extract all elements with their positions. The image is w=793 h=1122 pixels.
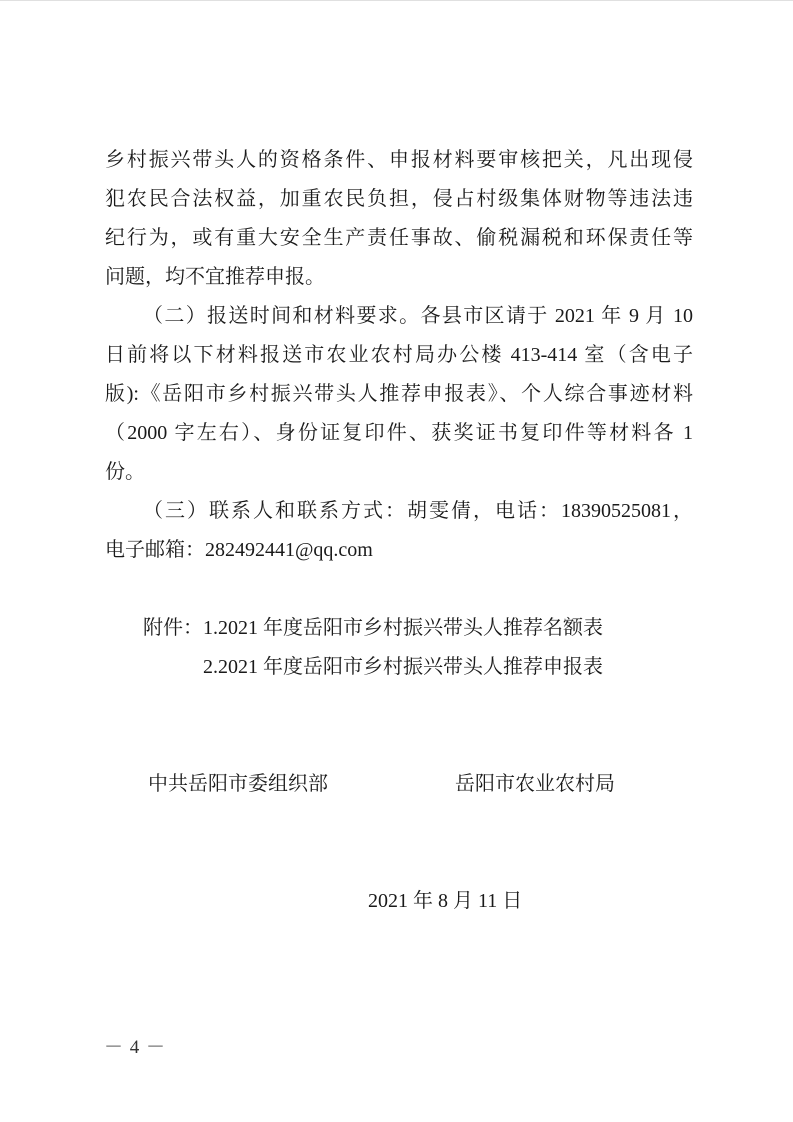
body-line: （二）报送时间和材料要求。各县市区请于 2021 年 9 月 10	[105, 297, 693, 336]
body-line: 电子邮箱：282492441@qq.com	[105, 531, 693, 570]
attachment-line-1: 附件：1.2021 年度岳阳市乡村振兴带头人推荐名额表	[105, 609, 693, 648]
body-line: 问题，均不宜推荐申报。	[105, 258, 693, 297]
body-line: 乡村振兴带头人的资格条件、申报材料要审核把关，凡出现侵	[105, 141, 693, 180]
attachment-line-2: 2.2021 年度岳阳市乡村振兴带头人推荐申报表	[105, 648, 693, 687]
blank-line	[105, 804, 693, 843]
body-line: 纪行为，或有重大安全生产责任事故、偷税漏税和环保责任等	[105, 219, 693, 258]
blank-line	[105, 570, 693, 609]
document-date: 2021 年 8 月 11 日	[105, 882, 693, 921]
body-line: 日前将以下材料报送市农业农村局办公楼 413-414 室（含电子	[105, 336, 693, 375]
body-line: 犯农民合法权益，加重农民负担，侵占村级集体财物等违法违	[105, 180, 693, 219]
body-line: 版):《岳阳市乡村振兴带头人推荐申报表》、个人综合事迹材料	[105, 375, 693, 414]
signature-org-left: 中共岳阳市委组织部	[148, 765, 328, 804]
blank-line	[105, 726, 693, 765]
document-body: 乡村振兴带头人的资格条件、申报材料要审核把关，凡出现侵 犯农民合法权益，加重农民…	[105, 141, 693, 921]
blank-line	[105, 843, 693, 882]
signature-org-right: 岳阳市农业农村局	[455, 765, 615, 804]
document-page: 乡村振兴带头人的资格条件、申报材料要审核把关，凡出现侵 犯农民合法权益，加重农民…	[0, 0, 793, 1122]
blank-line	[105, 687, 693, 726]
signature-row: 中共岳阳市委组织部 岳阳市农业农村局	[105, 765, 693, 804]
body-line: （三）联系人和联系方式：胡雯倩，电话：18390525081，	[105, 492, 693, 531]
body-line: 份。	[105, 453, 693, 492]
body-line: （2000 字左右）、身份证复印件、获奖证书复印件等材料各 1	[105, 414, 693, 453]
page-number: － 4 －	[104, 1037, 166, 1059]
